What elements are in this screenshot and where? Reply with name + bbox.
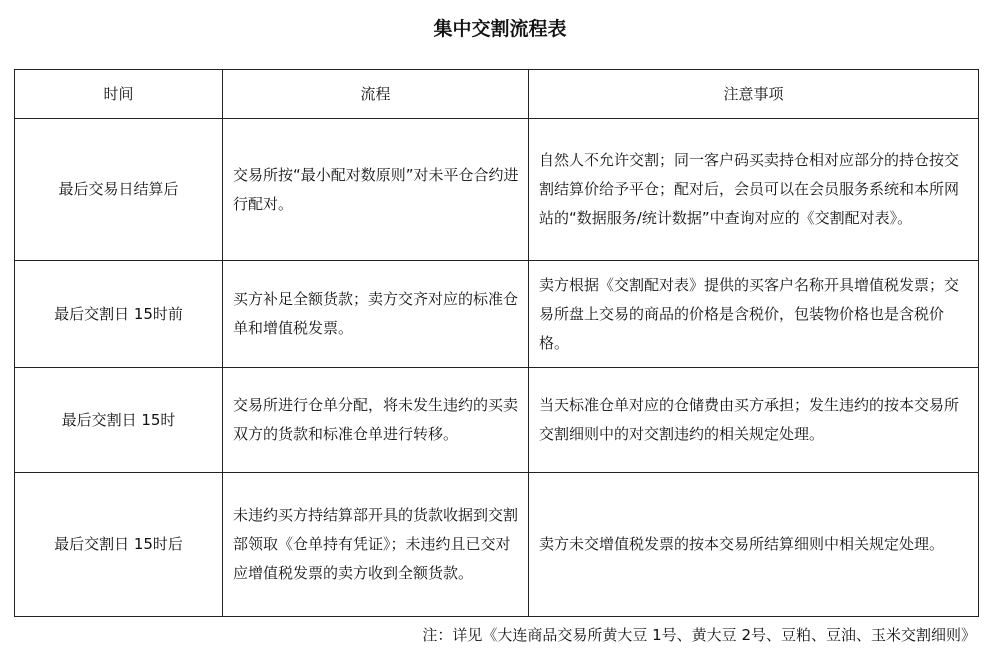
cell-time: 最后交割日 15时后: [15, 473, 223, 617]
cell-time: 最后交易日结算后: [15, 119, 223, 261]
table-header-row: 时间 流程 注意事项: [15, 70, 979, 119]
cell-process: 交易所按“最小配对数原则”对未平仓合约进行配对。: [223, 119, 529, 261]
header-time: 时间: [15, 70, 223, 119]
cell-notes: 卖方未交增值税发票的按本交易所结算细则中相关规定处理。: [529, 473, 979, 617]
cell-notes: 当天标准仓单对应的仓储费由买方承担；发生违约的按本交易所交割细则中的对交割违约的…: [529, 368, 979, 473]
cell-notes: 自然人不允许交割；同一客户码买卖持仓相对应部分的持仓按交割结算价给予平仓；配对后…: [529, 119, 979, 261]
footnote: 注：详见《大连商品交易所黄大豆 1号、黄大豆 2号、豆粕、豆油、玉米交割细则》: [422, 624, 976, 645]
table-row: 最后交割日 15时前 买方补足全额货款；卖方交齐对应的标准仓单和增值税发票。 卖…: [15, 261, 979, 368]
header-process: 流程: [223, 70, 529, 119]
page-title: 集中交割流程表: [0, 14, 1000, 41]
cell-time: 最后交割日 15时: [15, 368, 223, 473]
cell-process: 交易所进行仓单分配，将未发生违约的买卖双方的货款和标准仓单进行转移。: [223, 368, 529, 473]
delivery-process-table: 时间 流程 注意事项 最后交易日结算后 交易所按“最小配对数原则”对未平仓合约进…: [14, 69, 979, 617]
cell-time: 最后交割日 15时前: [15, 261, 223, 368]
table-row: 最后交割日 15时 交易所进行仓单分配，将未发生违约的买卖双方的货款和标准仓单进…: [15, 368, 979, 473]
cell-process: 买方补足全额货款；卖方交齐对应的标准仓单和增值税发票。: [223, 261, 529, 368]
table-row: 最后交割日 15时后 未违约买方持结算部开具的货款收据到交割部领取《仓单持有凭证…: [15, 473, 979, 617]
header-notes: 注意事项: [529, 70, 979, 119]
cell-notes: 卖方根据《交割配对表》提供的买客户名称开具增值税发票；交易所盘上交易的商品的价格…: [529, 261, 979, 368]
cell-process: 未违约买方持结算部开具的货款收据到交割部领取《仓单持有凭证》；未违约且已交对应增…: [223, 473, 529, 617]
table-row: 最后交易日结算后 交易所按“最小配对数原则”对未平仓合约进行配对。 自然人不允许…: [15, 119, 979, 261]
